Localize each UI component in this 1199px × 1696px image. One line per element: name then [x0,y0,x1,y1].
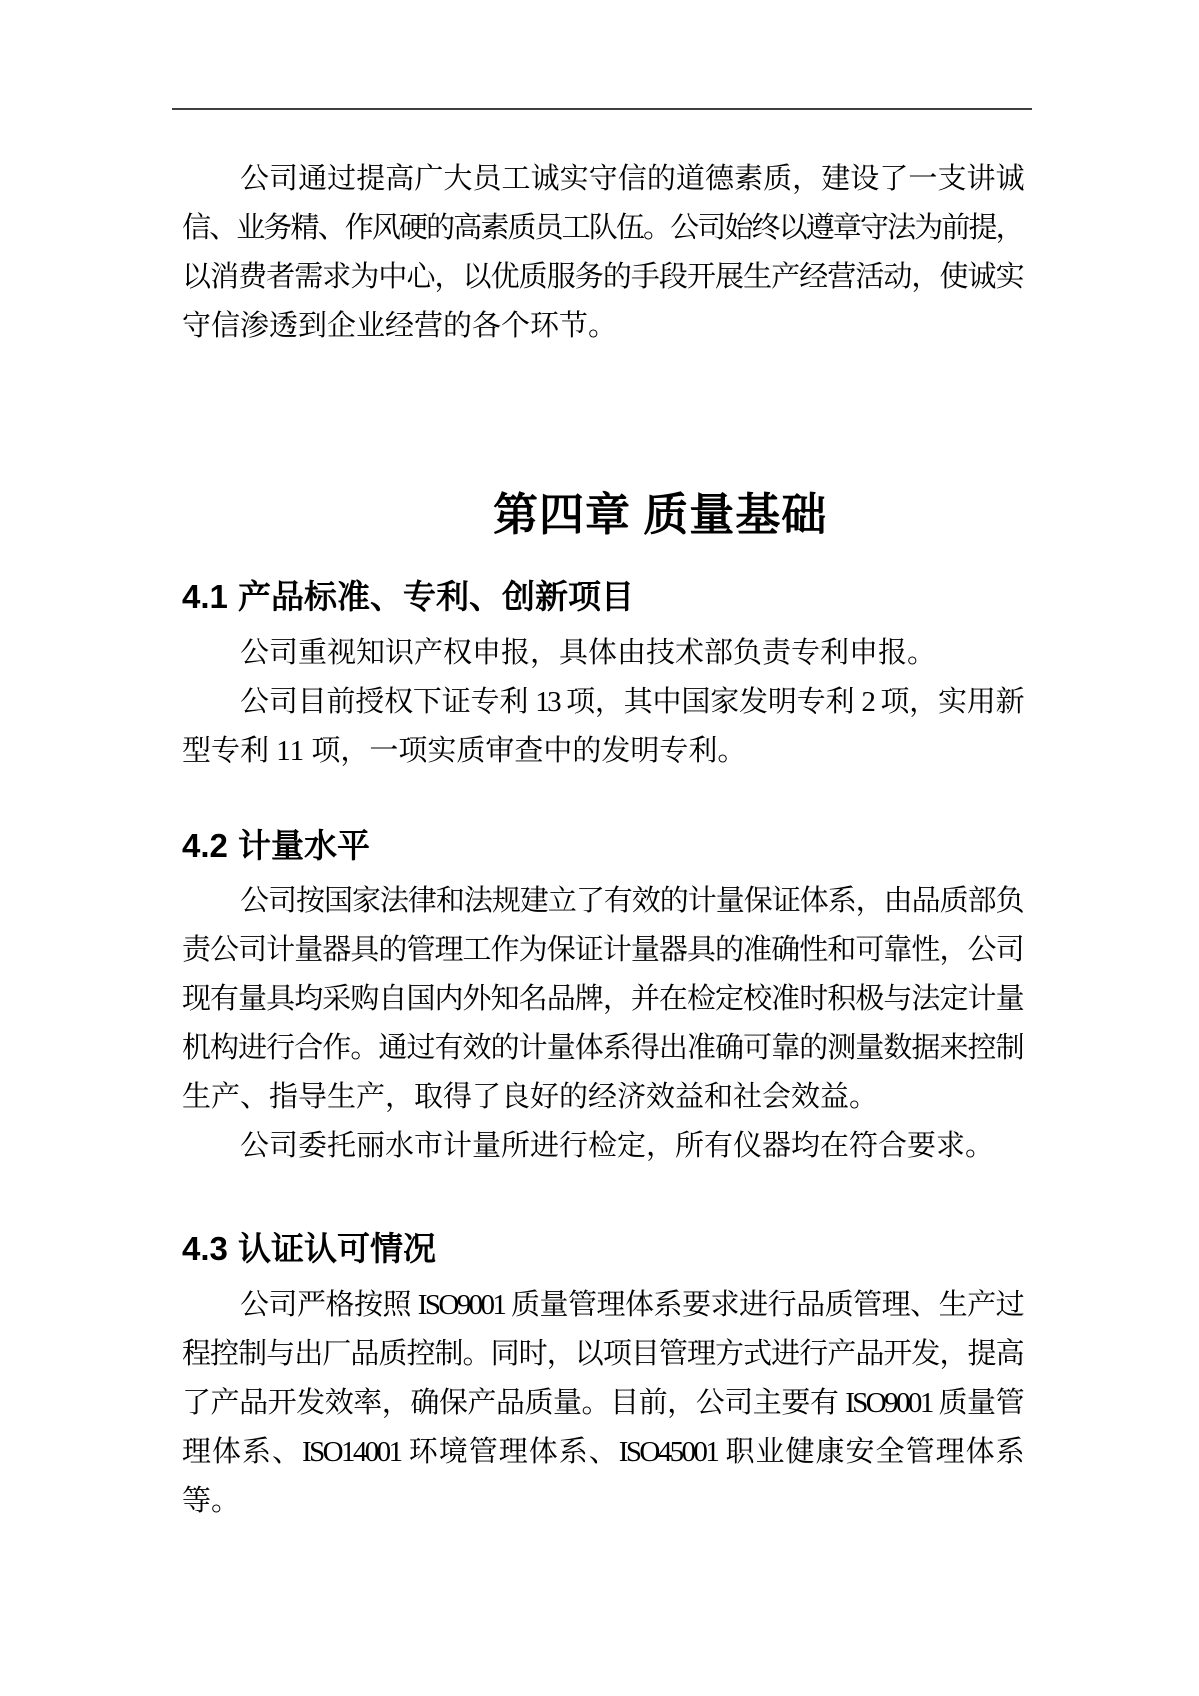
text-line: 信、业务精、作风硬的高素质员工队伍。公司始终以遵章守法为前提， [182,204,1022,253]
text-line: 理体系、ISO14001 环境管理体系、ISO45001 职业健康安全管理体系 [182,1428,1022,1477]
section-heading: 4.2计量水平 [182,824,1022,868]
section-body: 公司按国家法律和法规建立了有效的计量保证体系，由品质部负责公司计量器具的管理工作… [182,877,1022,1171]
text-line: 机构进行合作。通过有效的计量体系得出准确可靠的测量数据来控制 [182,1024,1022,1073]
section-body: 公司重视知识产权申报，具体由技术部负责专利申报。 公司目前授权下证专利 13 项… [182,629,1022,776]
text-line: 公司重视知识产权申报，具体由技术部负责专利申报。 [182,629,1022,678]
text-line: 公司通过提高广大员工诚实守信的道德素质，建设了一支讲诚 [182,155,1022,204]
section-4-3: 4.3认证认可情况 公司严格按照 ISO9001 质量管理体系要求进行品质管理、… [182,1227,1022,1526]
header-rule [172,108,1032,110]
document-page: 公司通过提高广大员工诚实守信的道德素质，建设了一支讲诚信、业务精、作风硬的高素质… [0,0,1199,1696]
section-4-2: 4.2计量水平 公司按国家法律和法规建立了有效的计量保证体系，由品质部负责公司计… [182,824,1022,1171]
paragraph: 公司委托丽水市计量所进行检定，所有仪器均在符合要求。 [182,1122,1022,1171]
text-line: 型专利 11 项，一项实质审查中的发明专利。 [182,727,1022,776]
text-line: 等。 [182,1477,1022,1526]
intro-paragraph: 公司通过提高广大员工诚实守信的道德素质，建设了一支讲诚信、业务精、作风硬的高素质… [182,155,1022,351]
paragraph: 公司目前授权下证专利 13 项，其中国家发明专利 2 项，实用新型专利 11 项… [182,678,1022,776]
section-heading-text: 计量水平 [238,827,370,864]
text-line: 程控制与出厂品质控制。同时，以项目管理方式进行产品开发，提高 [182,1330,1022,1379]
text-line: 了产品开发效率，确保产品质量。目前，公司主要有 ISO9001 质量管 [182,1379,1022,1428]
text-line: 现有量具均采购自国内外知名品牌，并在检定校准时积极与法定计量 [182,975,1022,1024]
section-heading: 4.3认证认可情况 [182,1227,1022,1271]
section-heading-text: 认证认可情况 [238,1230,436,1267]
section-heading-text: 产品标准、专利、创新项目 [238,578,634,615]
text-line: 以消费者需求为中心，以优质服务的手段开展生产经营活动，使诚实 [182,253,1022,302]
section-4-1: 4.1产品标准、专利、创新项目 公司重视知识产权申报，具体由技术部负责专利申报。… [182,575,1022,776]
section-body: 公司严格按照 ISO9001 质量管理体系要求进行品质管理、生产过程控制与出厂品… [182,1281,1022,1526]
section-number: 4.3 [182,1227,238,1271]
paragraph: 公司严格按照 ISO9001 质量管理体系要求进行品质管理、生产过程控制与出厂品… [182,1281,1022,1526]
text-line: 公司委托丽水市计量所进行检定，所有仪器均在符合要求。 [182,1122,1022,1171]
text-line: 公司严格按照 ISO9001 质量管理体系要求进行品质管理、生产过 [182,1281,1022,1330]
section-heading: 4.1产品标准、专利、创新项目 [182,575,1022,619]
section-number: 4.1 [182,575,238,619]
text-line: 公司目前授权下证专利 13 项，其中国家发明专利 2 项，实用新 [182,678,1022,727]
text-line: 生产、指导生产，取得了良好的经济效益和社会效益。 [182,1073,1022,1122]
chapter-title: 第四章 质量基础 [182,485,1022,545]
paragraph: 公司按国家法律和法规建立了有效的计量保证体系，由品质部负责公司计量器具的管理工作… [182,877,1022,1122]
text-line: 守信渗透到企业经营的各个环节。 [182,302,1022,351]
text-line: 责公司计量器具的管理工作为保证计量器具的准确性和可靠性，公司 [182,926,1022,975]
text-line: 公司按国家法律和法规建立了有效的计量保证体系，由品质部负 [182,877,1022,926]
section-number: 4.2 [182,824,238,868]
paragraph: 公司重视知识产权申报，具体由技术部负责专利申报。 [182,629,1022,678]
